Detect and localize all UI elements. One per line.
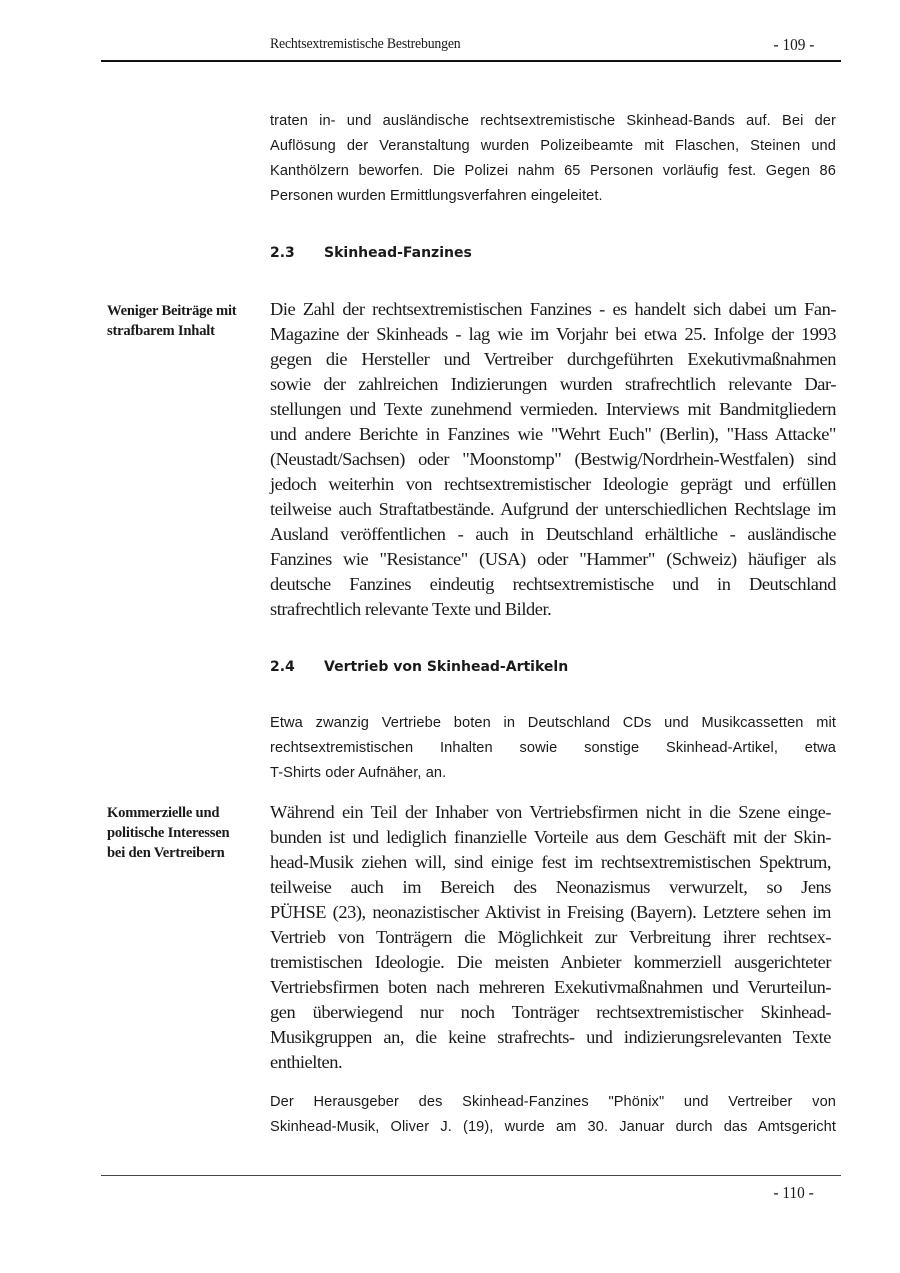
- text-line: Etwa zwanzig Vertriebe boten in Deutschl…: [270, 711, 836, 736]
- phoenix-paragraph: Der Herausgeber des Skinhead-Fanzines "P…: [270, 1090, 836, 1140]
- text-line: Personen wurden Ermittlungsverfahren ein…: [270, 184, 836, 209]
- text-line: enthielten.: [270, 1050, 831, 1075]
- text-line: Ausland veröffentlichen - auch in Deutsc…: [270, 522, 836, 547]
- text-line: gegen die Hersteller und Vertreiber durc…: [270, 347, 836, 372]
- text-line: Skinhead-Musik, Oliver J. (19), wurde am…: [270, 1115, 836, 1140]
- margin-note-line: politische Interessen: [107, 823, 267, 843]
- text-line: teilweise auch Straftatbestände. Aufgrun…: [270, 497, 836, 522]
- text-line: head-Musik ziehen will, sind einige fest…: [270, 850, 831, 875]
- section-number: 2.3: [270, 245, 324, 261]
- margin-note-line: Weniger Beiträge mit: [107, 301, 267, 321]
- text-line: Die Zahl der rechtsextremistischen Fanzi…: [270, 297, 836, 322]
- text-line: bunden ist und lediglich finanzielle Vor…: [270, 825, 831, 850]
- distributors-paragraph: Während ein Teil der Inhaber von Vertrie…: [270, 800, 831, 1075]
- text-line: teilweise auch im Bereich des Neonazismu…: [270, 875, 831, 900]
- margin-note-line: Kommerzielle und: [107, 803, 267, 823]
- text-line: strafrechtlich relevante Texte und Bilde…: [270, 597, 836, 622]
- text-line: Vertrieb von Tonträgern die Möglichkeit …: [270, 925, 831, 950]
- text-line: Auflösung der Veranstaltung wurden Poliz…: [270, 134, 836, 159]
- text-line: jedoch weiterhin von rechtsextremistisch…: [270, 472, 836, 497]
- text-line: und andere Berichte in Fanzines wie "Weh…: [270, 422, 836, 447]
- margin-note-line: bei den Vertreibern: [107, 843, 267, 863]
- text-line: deutsche Fanzines eindeutig rechtsextrem…: [270, 572, 836, 597]
- intro-paragraph: traten in- und ausländische rechtsextrem…: [270, 109, 836, 209]
- text-line: PÜHSE (23), neonazistischer Aktivist in …: [270, 900, 831, 925]
- page-number-bottom: - 110 -: [774, 1183, 814, 1203]
- header-rule: [101, 60, 841, 62]
- text-line: (Neustadt/Sachsen) oder "Moonstomp" (Bes…: [270, 447, 836, 472]
- section-title: Skinhead-Fanzines: [324, 245, 472, 261]
- distribution-intro-paragraph: Etwa zwanzig Vertriebe boten in Deutschl…: [270, 711, 836, 786]
- text-line: rechtsextremistischen Inhalten sowie son…: [270, 736, 836, 761]
- page-number-top: - 109 -: [773, 35, 814, 55]
- text-line: Vertriebsfirmen boten nach mehreren Exek…: [270, 975, 831, 1000]
- running-header-title: Rechtsextremistische Bestrebungen: [270, 36, 461, 53]
- margin-note-line: strafbarem Inhalt: [107, 321, 267, 341]
- section-number: 2.4: [270, 659, 324, 675]
- fanzines-paragraph: Die Zahl der rechtsextremistischen Fanzi…: [270, 297, 836, 622]
- text-line: Der Herausgeber des Skinhead-Fanzines "P…: [270, 1090, 836, 1115]
- text-line: Magazine der Skinheads - lag wie im Vorj…: [270, 322, 836, 347]
- footer-rule: [101, 1175, 841, 1176]
- text-line: tremistischen Ideologie. Die meisten Anb…: [270, 950, 831, 975]
- text-line: T-Shirts oder Aufnäher, an.: [270, 761, 836, 786]
- text-line: Während ein Teil der Inhaber von Vertrie…: [270, 800, 831, 825]
- section-heading-2-4: 2.4Vertrieb von Skinhead-Artikeln: [270, 659, 568, 675]
- text-line: stellungen und Texte zunehmend vermieden…: [270, 397, 836, 422]
- text-line: Musikgruppen an, die keine strafrechts- …: [270, 1025, 831, 1050]
- text-line: Kanthölzern beworfen. Die Polizei nahm 6…: [270, 159, 836, 184]
- margin-note-fanzines: Weniger Beiträge mit strafbarem Inhalt: [107, 301, 267, 341]
- text-line: Fanzines wie "Resistance" (USA) oder "Ha…: [270, 547, 836, 572]
- section-title: Vertrieb von Skinhead-Artikeln: [324, 659, 568, 675]
- text-line: traten in- und ausländische rechtsextrem…: [270, 109, 836, 134]
- section-heading-2-3: 2.3Skinhead-Fanzines: [270, 245, 472, 261]
- text-line: sowie der zahlreichen Indizierungen wurd…: [270, 372, 836, 397]
- margin-note-interests: Kommerzielle und politische Interessen b…: [107, 803, 267, 863]
- text-line: gen überwiegend nur noch Tonträger recht…: [270, 1000, 831, 1025]
